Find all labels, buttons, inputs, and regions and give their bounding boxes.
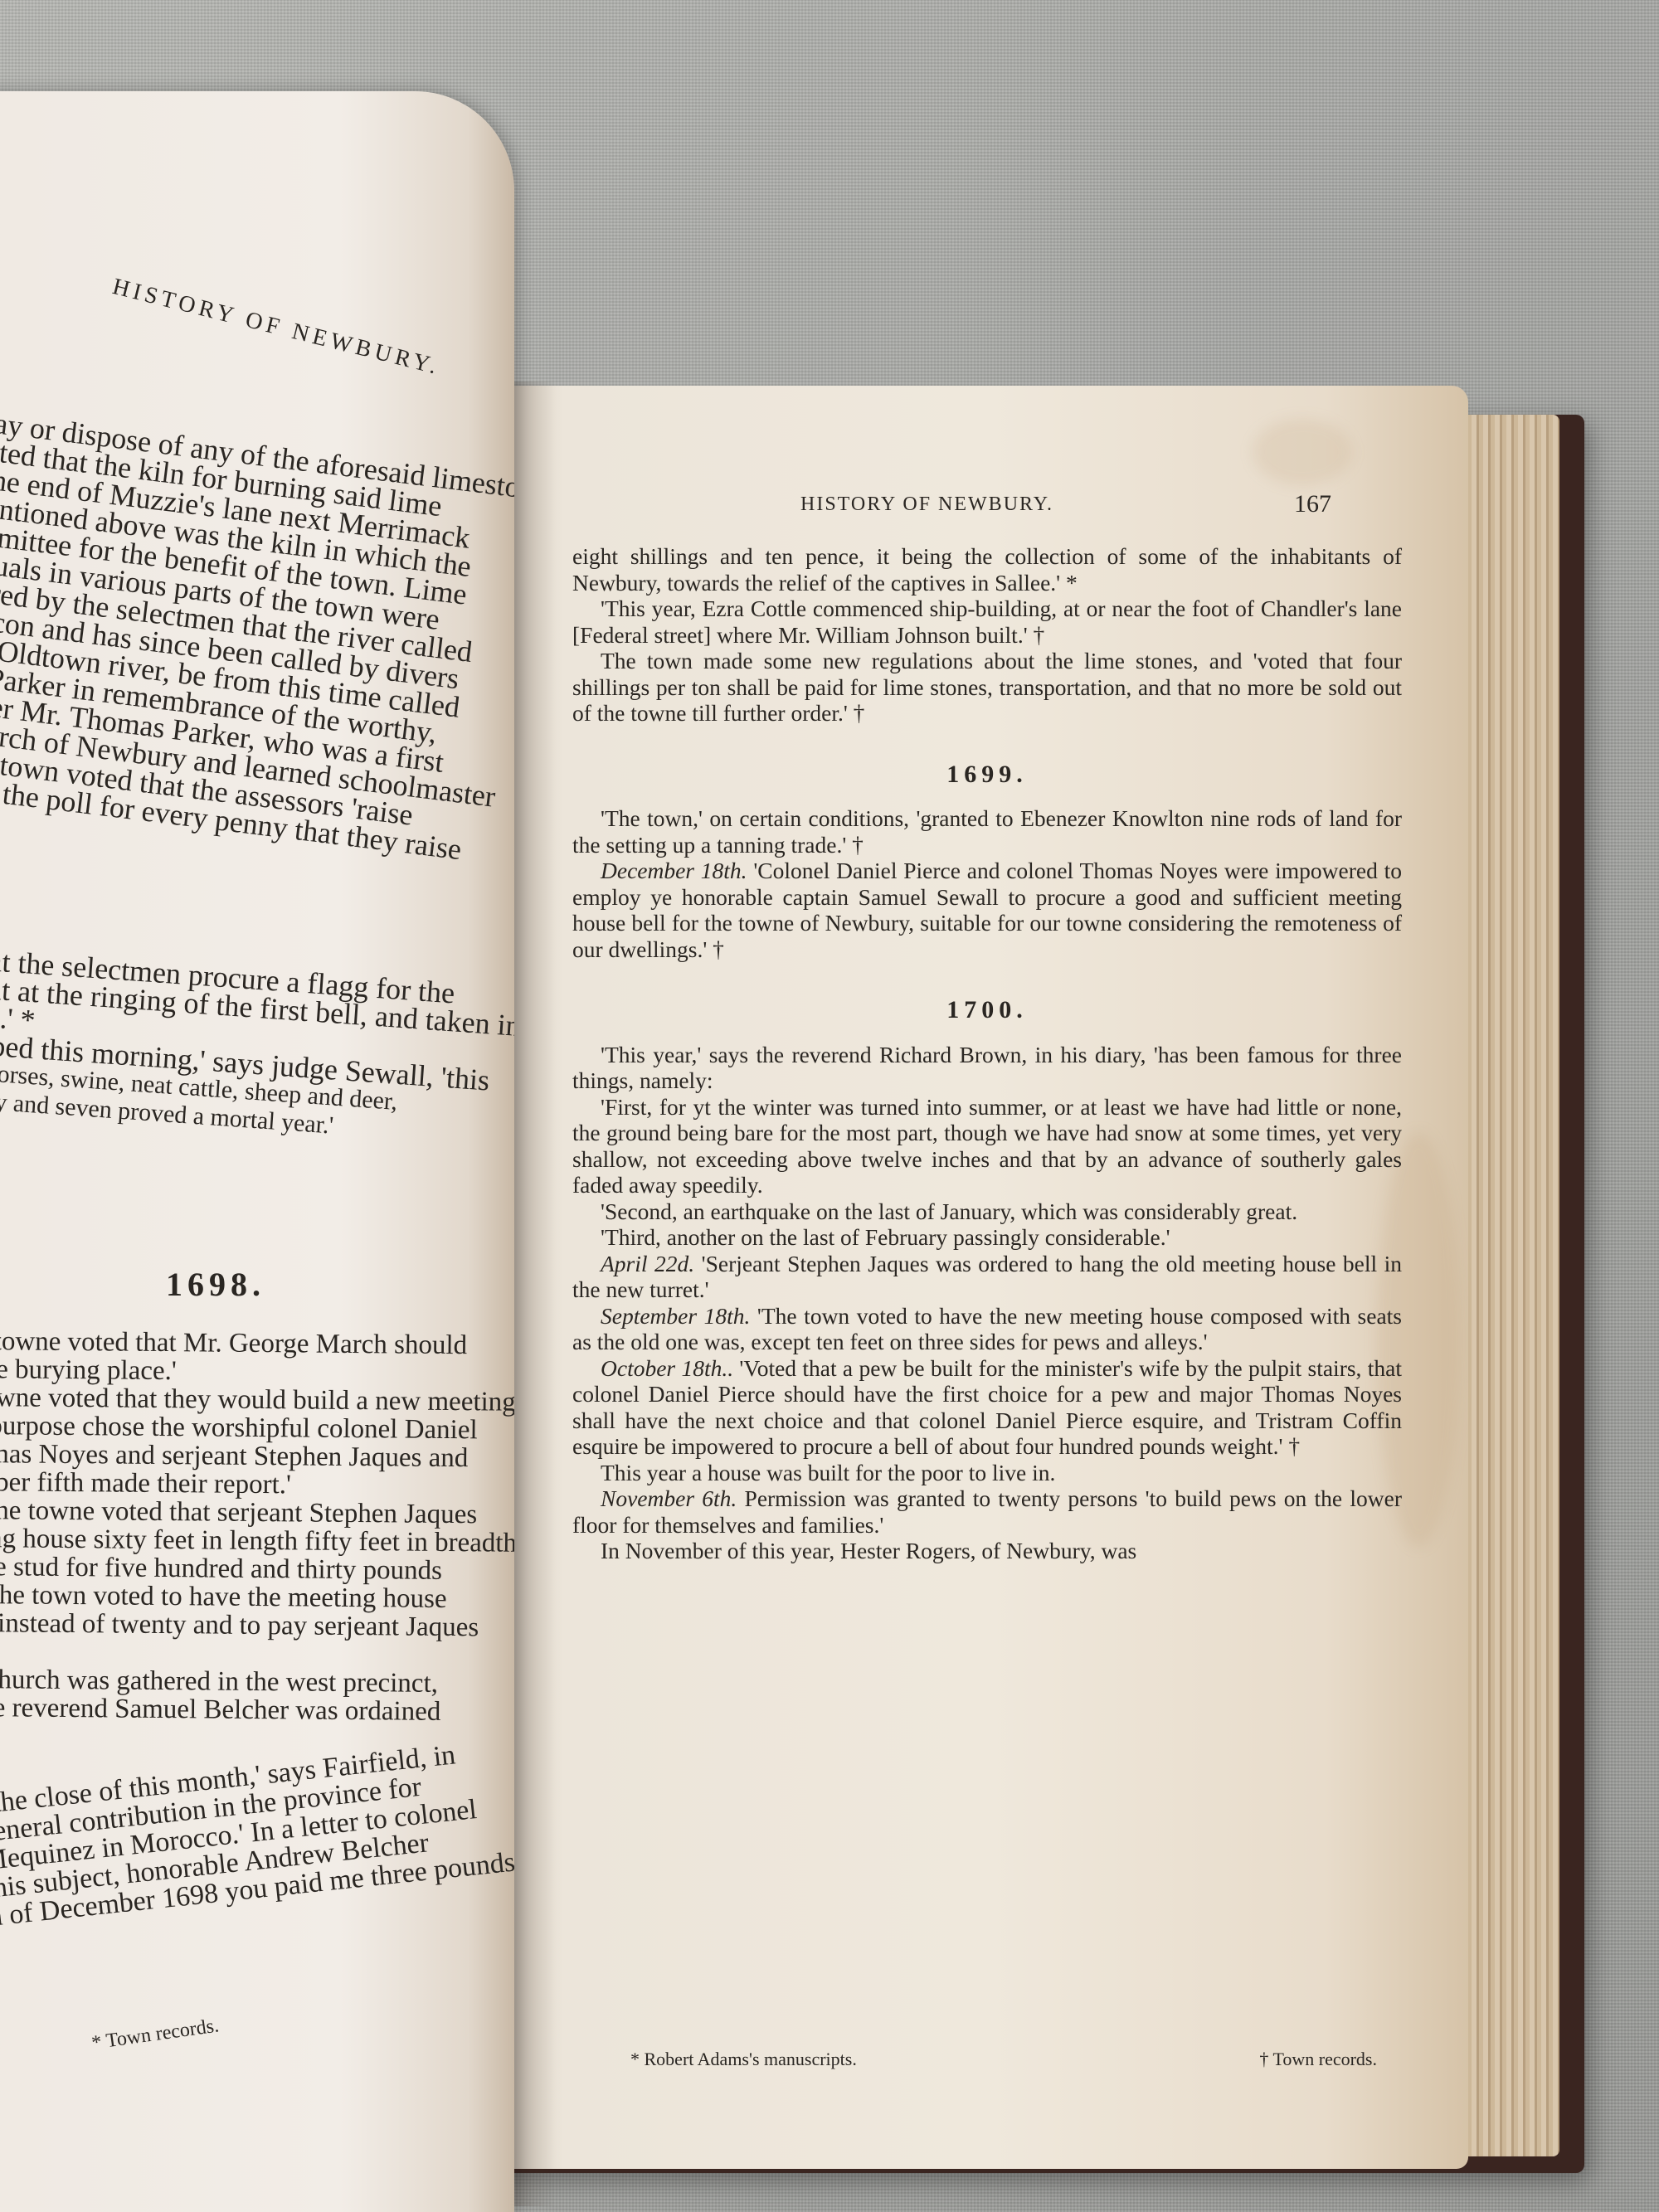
text-line: st instead of twenty and to pay serjeant…: [0, 1609, 514, 1642]
paragraph: 'The town,' on certain conditions, 'gran…: [572, 805, 1402, 858]
footnote-asterisk: * Robert Adams's manuscripts.: [630, 2049, 857, 2070]
paragraph: 'Second, an earthquake on the last of Ja…: [572, 1198, 1402, 1225]
footnotes: * Robert Adams's manuscripts. † Town rec…: [630, 2049, 1377, 2070]
date-label: April 22d.: [601, 1251, 694, 1276]
year-heading-1700: 1700.: [572, 997, 1402, 1023]
left-page-text-top: way or dispose of any of the aforesaid l…: [0, 406, 514, 871]
paragraph: April 22d. 'Serjeant Stephen Jaques was …: [572, 1251, 1402, 1303]
page-body: eight shillings and ten pence, it being …: [572, 543, 1402, 1564]
paragraph: This year a house was built for the poor…: [572, 1460, 1402, 1486]
date-label: December 18th.: [601, 858, 747, 883]
footnote: * Town records.: [90, 2015, 221, 2054]
paragraph: eight shillings and ten pence, it being …: [572, 543, 1402, 596]
running-head-title: HISTORY OF NEWBURY.: [800, 493, 1053, 516]
right-page: HISTORY OF NEWBURY. 167 eight shillings …: [506, 386, 1468, 2169]
paragraph: December 18th. 'Colonel Daniel Pierce an…: [572, 858, 1402, 962]
left-page-text-mid: hat the selectmen procure a flagg for th…: [0, 946, 514, 1156]
paragraph: The town made some new regulations about…: [572, 648, 1402, 727]
date-label: November 6th.: [601, 1485, 737, 1511]
page-edges: [1460, 415, 1559, 2156]
text-line: the reverend Samuel Belcher was ordained: [0, 1694, 514, 1727]
left-page-text-end: r the close of this month,' says Fairfie…: [0, 1729, 514, 1932]
paragraph: November 6th. Permission was granted to …: [572, 1485, 1402, 1538]
running-head: HISTORY OF NEWBURY.: [109, 274, 443, 381]
date-label: October 18th..: [601, 1355, 733, 1381]
paragraph: 'This year,' says the reverend Richard B…: [572, 1042, 1402, 1094]
paragraph-text: 'Serjeant Stephen Jaques was ordered to …: [572, 1251, 1402, 1303]
paragraph: 'First, for yt the winter was turned int…: [572, 1094, 1402, 1198]
paragraph: September 18th. 'The town voted to have …: [572, 1303, 1402, 1355]
paragraph: 'This year, Ezra Cottle commenced ship-b…: [572, 596, 1402, 648]
footnote-dagger: † Town records.: [1259, 2049, 1377, 2070]
paragraph: October 18th.. 'Voted that a pew be buil…: [572, 1355, 1402, 1460]
left-page-text-bottom: e towne voted that Mr. George March shou…: [0, 1327, 514, 1727]
date-label: September 18th.: [601, 1303, 750, 1329]
paragraph: In November of this year, Hester Rogers,…: [572, 1538, 1402, 1564]
running-head: HISTORY OF NEWBURY. 167: [800, 493, 1331, 516]
paragraph: 'Third, another on the last of February …: [572, 1224, 1402, 1251]
year-heading-1699: 1699.: [572, 761, 1402, 788]
page-number: 167: [1294, 490, 1331, 518]
left-page: HISTORY OF NEWBURY. way or dispose of an…: [0, 91, 514, 2212]
year-heading-1698: 1698.: [166, 1265, 265, 1304]
paper-stain: [1253, 419, 1352, 485]
